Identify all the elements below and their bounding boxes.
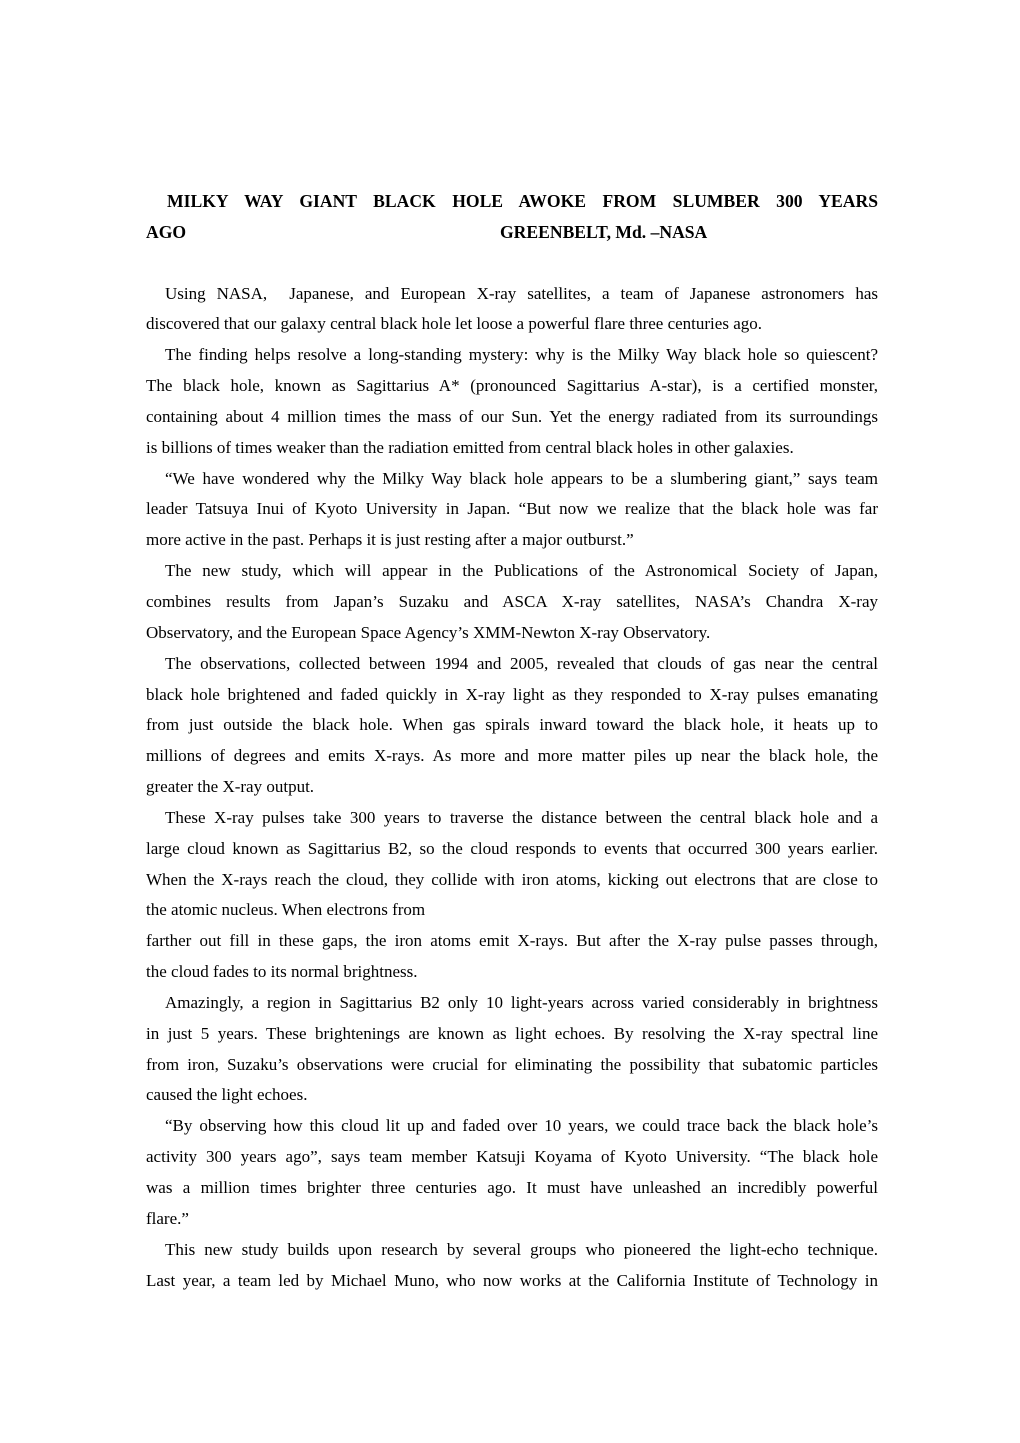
text-line: is billions of times weaker than the rad…	[146, 433, 878, 464]
paragraph: The finding helps resolve a long-standin…	[146, 340, 878, 463]
text-line: Last year, a team led by Michael Muno, w…	[146, 1266, 878, 1297]
text-line: caused the light echoes.	[146, 1080, 878, 1111]
text-line: millions of degrees and emits X-rays. As…	[146, 741, 878, 772]
text-line: These X-ray pulses take 300 years to tra…	[146, 803, 878, 834]
text-line: Amazingly, a region in Sagittarius B2 on…	[146, 988, 878, 1019]
paragraph: This new study builds upon research by s…	[146, 1235, 878, 1297]
text-line: combines results from Japan’s Suzaku and…	[146, 587, 878, 618]
text-line: containing about 4 million times the mas…	[146, 402, 878, 433]
text-line: When the X-rays reach the cloud, they co…	[146, 865, 878, 896]
text-line: in just 5 years. These brightenings are …	[146, 1019, 878, 1050]
text-line: This new study builds upon research by s…	[146, 1235, 878, 1266]
title-line-1: MILKY WAY GIANT BLACK HOLE AWOKE FROM SL…	[146, 186, 878, 217]
title-line-2-right: GREENBELT, Md. –NASA	[500, 217, 707, 248]
text-line: Observatory, and the European Space Agen…	[146, 618, 878, 649]
body-text: Using NASA, Japanese, and European X-ray…	[146, 279, 878, 1297]
text-line: more active in the past. Perhaps it is j…	[146, 525, 878, 556]
text-line: The new study, which will appear in the …	[146, 556, 878, 587]
text-line: greater the X-ray output.	[146, 772, 878, 803]
paragraph: The new study, which will appear in the …	[146, 556, 878, 649]
paragraph: farther out fill in these gaps, the iron…	[146, 926, 878, 988]
text-line: leader Tatsuya Inui of Kyoto University …	[146, 494, 878, 525]
text-line: large cloud known as Sagittarius B2, so …	[146, 834, 878, 865]
title-line-2: AGO GREENBELT, Md. –NASA	[146, 217, 878, 248]
paragraph: Using NASA, Japanese, and European X-ray…	[146, 279, 878, 341]
blank-line	[146, 248, 878, 279]
text-line: “By observing how this cloud lit up and …	[146, 1111, 878, 1142]
paragraph: The observations, collected between 1994…	[146, 649, 878, 803]
text-line: was a million times brighter three centu…	[146, 1173, 878, 1204]
text-line: The observations, collected between 1994…	[146, 649, 878, 680]
document-content: MILKY WAY GIANT BLACK HOLE AWOKE FROM SL…	[146, 186, 878, 1296]
text-line: The finding helps resolve a long-standin…	[146, 340, 878, 371]
text-line: flare.”	[146, 1204, 878, 1235]
text-line: the atomic nucleus. When electrons from	[146, 895, 878, 926]
document-page: MILKY WAY GIANT BLACK HOLE AWOKE FROM SL…	[0, 0, 1020, 1443]
paragraph: These X-ray pulses take 300 years to tra…	[146, 803, 878, 926]
document-title: MILKY WAY GIANT BLACK HOLE AWOKE FROM SL…	[146, 186, 878, 248]
text-line: The black hole, known as Sagittarius A* …	[146, 371, 878, 402]
text-line: the cloud fades to its normal brightness…	[146, 957, 878, 988]
text-line: discovered that our galaxy central black…	[146, 309, 878, 340]
title-line-2-left: AGO	[146, 222, 186, 242]
paragraph: “By observing how this cloud lit up and …	[146, 1111, 878, 1234]
text-line: from iron, Suzaku’s observations were cr…	[146, 1050, 878, 1081]
paragraph: “We have wondered why the Milky Way blac…	[146, 464, 878, 557]
text-line: activity 300 years ago”, says team membe…	[146, 1142, 878, 1173]
text-line: farther out fill in these gaps, the iron…	[146, 926, 878, 957]
text-line: from just outside the black hole. When g…	[146, 710, 878, 741]
paragraph: Amazingly, a region in Sagittarius B2 on…	[146, 988, 878, 1111]
text-line: Using NASA, Japanese, and European X-ray…	[146, 279, 878, 310]
text-line: black hole brightened and faded quickly …	[146, 680, 878, 711]
text-line: “We have wondered why the Milky Way blac…	[146, 464, 878, 495]
